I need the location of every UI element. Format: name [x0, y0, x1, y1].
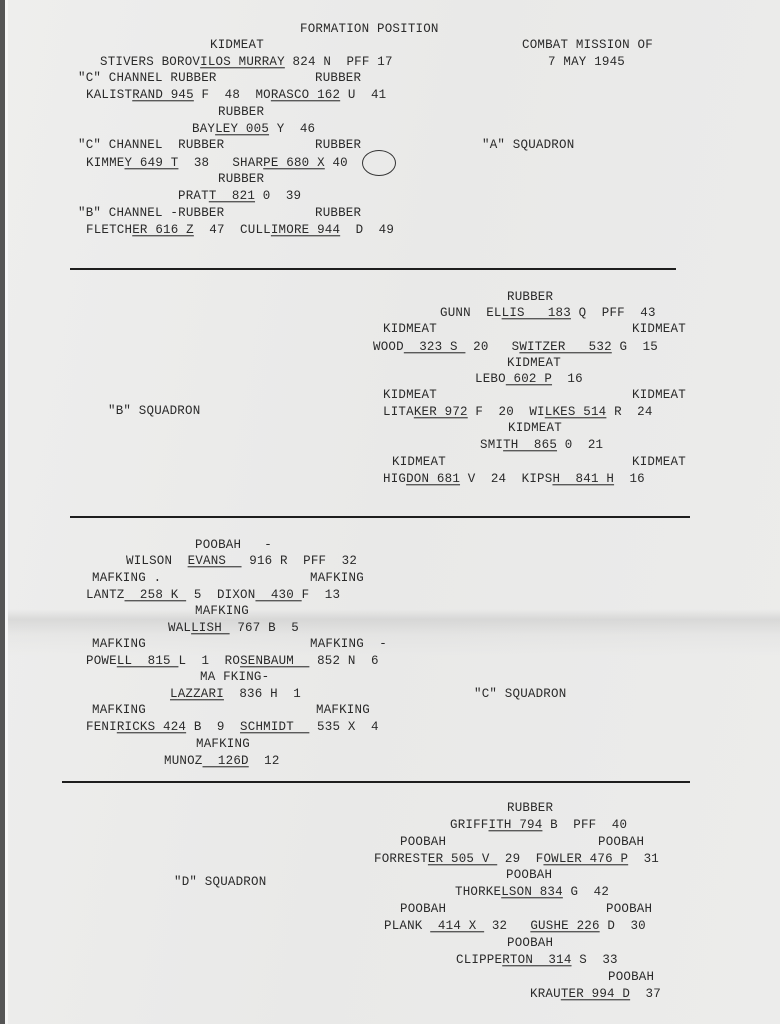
crew-data: 12	[249, 754, 280, 769]
crew-line: PRATT 821 0 39	[178, 189, 301, 204]
crew-data: 20 S	[465, 340, 519, 355]
call-sign: KIDMEAT	[508, 421, 562, 436]
crew-name: OWLER 476 P	[543, 852, 628, 867]
call-sign: KIDMEAT	[507, 356, 561, 371]
crew-name: LEY 005	[215, 122, 269, 137]
crew-line: KRAUTER 994 D 37	[530, 987, 661, 1002]
crew-name: LL 815	[117, 654, 179, 669]
crew-line: FENIRICKS 424 B 9 SCHMIDT 535 X 4	[86, 720, 379, 735]
call-sign: MAFKING	[92, 637, 146, 652]
call-sign: MA FKING-	[200, 670, 269, 685]
call-sign: MAFKING -	[310, 637, 387, 652]
call-sign: KIDMEAT	[632, 455, 686, 470]
call-sign: RUBBER	[218, 172, 264, 187]
crew-name: GUNN EL	[440, 306, 502, 321]
crew-data: 767 B 5	[230, 621, 299, 636]
crew-name: POWE	[86, 654, 117, 669]
crew-line: BAYLEY 005 Y 46	[192, 122, 315, 137]
crew-data: 836 H 1	[224, 687, 301, 702]
crew-line: LEBO 602 P 16	[475, 372, 583, 387]
crew-line: THORKELSON 834 G 42	[455, 885, 609, 900]
call-sign: KIDMEAT	[210, 38, 264, 53]
section-divider	[70, 268, 676, 270]
crew-line: PLANK 414 X 32 GUSHE 226 D 30	[384, 919, 646, 934]
crew-data: 37	[630, 987, 661, 1002]
crew-name: 258 K	[125, 588, 187, 603]
crew-name: WILSON	[126, 554, 188, 569]
crew-name: RICKS 424	[117, 720, 186, 735]
channel-label: "B" CHANNEL -RUBBER	[78, 206, 224, 221]
mission-label: COMBAT MISSION OF	[522, 38, 653, 53]
crew-line: WALLISH 767 B 5	[168, 621, 299, 636]
crew-name: RAND 945	[132, 88, 194, 103]
page-edge-highlight	[5, 0, 8, 1024]
crew-name: THORKE	[455, 885, 501, 900]
call-sign: POOBAH	[506, 868, 552, 883]
crew-line: MUNOZ 126D 12	[164, 754, 280, 769]
crew-line: HIGDON 681 V 24 KIPSH 841 H 16	[383, 472, 645, 487]
crew-data: 535 X 4	[309, 720, 378, 735]
call-sign: MAFKING	[196, 737, 250, 752]
call-sign: POOBAH -	[195, 538, 272, 553]
call-sign: POOBAH	[507, 936, 553, 951]
crew-name: LKES 514	[545, 405, 607, 420]
call-sign: RUBBER	[315, 71, 361, 86]
crew-name: LAZZARI	[170, 687, 224, 702]
crew-data: G 15	[612, 340, 658, 355]
crew-name: FORREST	[374, 852, 428, 867]
crew-name: 602 P	[506, 372, 552, 387]
crew-name: WOOD	[373, 340, 404, 355]
call-sign: KIDMEAT	[632, 388, 686, 403]
crew-data: 852 N 6	[309, 654, 378, 669]
crew-line: KALISTRAND 945 F 48 MORASCO 162 U 41	[86, 88, 386, 103]
crew-name: RASCO 162	[271, 88, 340, 103]
crew-name: RTON 314	[502, 953, 571, 968]
crew-name: TH 865	[503, 438, 557, 453]
squadron-d-label: "D" SQUADRON	[174, 875, 266, 890]
crew-line: FLETCHER 616 Z 47 CULLIMORE 944 D 49	[86, 223, 394, 238]
channel-label: "C" CHANNEL RUBBER	[78, 138, 224, 153]
crew-data: D 30	[600, 919, 646, 934]
section-divider	[70, 516, 690, 518]
crew-data: Y 46	[269, 122, 315, 137]
crew-name: ILOS MURRAY	[200, 55, 285, 70]
document-title: FORMATION POSITION	[300, 22, 439, 37]
crew-data: 29 F	[497, 852, 543, 867]
crew-name: LEBO	[475, 372, 506, 387]
call-sign: MAFKING	[310, 571, 364, 586]
crew-name: ER 616 Z	[132, 223, 194, 238]
crew-name: GRIFF	[450, 818, 489, 833]
crew-data: 16	[552, 372, 583, 387]
crew-data: L 1 RO	[178, 654, 240, 669]
call-sign: MAFKING	[195, 604, 249, 619]
crew-data: 47 CULL	[194, 223, 271, 238]
crew-name: 126D	[203, 754, 249, 769]
crew-name: WITZER 532	[519, 340, 611, 355]
crew-data: 16	[614, 472, 645, 487]
call-sign: POOBAH	[606, 902, 652, 917]
crew-name: KER 972	[414, 405, 468, 420]
call-sign: KIDMEAT	[392, 455, 446, 470]
crew-data: 824 N PFF 17	[285, 55, 393, 70]
crew-line: GUNN ELLIS 183 Q PFF 43	[440, 306, 656, 321]
crew-data: B 9	[186, 720, 240, 735]
crew-name: KRAU	[530, 987, 561, 1002]
crew-name: MUNOZ	[164, 754, 203, 769]
crew-line: CLIPPERTON 314 S 33	[456, 953, 618, 968]
crew-data: G 42	[563, 885, 609, 900]
crew-name: HIG	[383, 472, 406, 487]
document-page: FORMATION POSITION COMBAT MISSION OF 7 M…	[0, 0, 780, 1024]
call-sign: RUBBER	[507, 801, 553, 816]
crew-name: 414 X	[430, 919, 484, 934]
crew-data: B PFF 40	[542, 818, 627, 833]
crew-name: Y 649 T	[125, 156, 179, 171]
call-sign: POOBAH	[598, 835, 644, 850]
crew-name: SENBAUM	[240, 654, 309, 669]
crew-data: Q PFF 43	[571, 306, 656, 321]
mission-date: 7 MAY 1945	[548, 55, 625, 70]
crew-name: KIMME	[86, 156, 125, 171]
call-sign: KIDMEAT	[383, 388, 437, 403]
crew-data: F 20 WI	[468, 405, 545, 420]
crew-name: EVANS	[188, 554, 242, 569]
handwritten-circle-annotation	[362, 150, 396, 176]
call-sign: RUBBER	[315, 206, 361, 221]
squadron-b-label: "B" SQUADRON	[108, 404, 200, 419]
crew-name: BAY	[192, 122, 215, 137]
crew-name: FLETCH	[86, 223, 132, 238]
crew-name: H 841 H	[552, 472, 614, 487]
crew-name: LITA	[383, 405, 414, 420]
call-sign: KIDMEAT	[383, 322, 437, 337]
crew-name: PLANK	[384, 919, 430, 934]
crew-data: R 24	[606, 405, 652, 420]
crew-data: U 41	[340, 88, 386, 103]
crew-name: CLIPPE	[456, 953, 502, 968]
crew-name: STIVERS BOROV	[100, 55, 200, 70]
crew-data: 0 21	[557, 438, 603, 453]
crew-name: LISH	[191, 621, 230, 636]
crew-data: 31	[628, 852, 659, 867]
crew-name: DON 681	[406, 472, 460, 487]
crew-name: ER 505 V	[428, 852, 497, 867]
crew-name: LANTZ	[86, 588, 125, 603]
call-sign: RUBBER	[315, 138, 361, 153]
section-divider	[62, 781, 690, 783]
crew-name: SMI	[480, 438, 503, 453]
crew-data: D 49	[340, 223, 394, 238]
call-sign: RUBBER	[507, 290, 553, 305]
crew-name: GUSHE 226	[530, 919, 599, 934]
crew-line: STIVERS BOROVILOS MURRAY 824 N PFF 17	[100, 55, 393, 70]
call-sign: RUBBER	[218, 105, 264, 120]
crew-name: PRAT	[178, 189, 209, 204]
call-sign: POOBAH	[400, 835, 446, 850]
crew-data: S 33	[572, 953, 618, 968]
crew-name: WAL	[168, 621, 191, 636]
crew-line: KIMMEY 649 T 38 SHARPE 680 X 40	[86, 156, 348, 171]
crew-name: KALIST	[86, 88, 132, 103]
crew-name: SCHMIDT	[240, 720, 309, 735]
crew-line: LANTZ 258 K 5 DIXON 430 F 13	[86, 588, 340, 603]
crew-name: LSON 834	[501, 885, 563, 900]
crew-name: T 821	[209, 189, 255, 204]
circled-value: 40	[332, 156, 347, 171]
crew-data: 0 39	[255, 189, 301, 204]
crew-line: LITAKER 972 F 20 WILKES 514 R 24	[383, 405, 653, 420]
call-sign: MAFKING .	[92, 571, 161, 586]
crew-data: F 48 MO	[194, 88, 271, 103]
call-sign: POOBAH	[608, 970, 654, 985]
squadron-c-label: "C" SQUADRON	[474, 687, 566, 702]
crew-name: PE 680 X	[263, 156, 325, 171]
crew-data: 32	[484, 919, 530, 934]
crew-name: ITH 794	[489, 818, 543, 833]
crew-name: LIS 183	[502, 306, 571, 321]
call-sign: KIDMEAT	[632, 322, 686, 337]
crew-data: 5 DIXON	[186, 588, 255, 603]
crew-line: GRIFFITH 794 B PFF 40	[450, 818, 627, 833]
crew-name: IMORE 944	[271, 223, 340, 238]
crew-data: 916 R PFF 32	[242, 554, 358, 569]
call-sign: MAFKING	[316, 703, 370, 718]
crew-line: WOOD 323 S 20 SWITZER 532 G 15	[373, 340, 658, 355]
call-sign: MAFKING	[92, 703, 146, 718]
crew-name: 323 S	[404, 340, 466, 355]
crew-name: 430	[255, 588, 301, 603]
crew-name: TER 994 D	[561, 987, 630, 1002]
channel-label: "C" CHANNEL RUBBER	[78, 71, 217, 86]
crew-line: FORRESTER 505 V 29 FOWLER 476 P 31	[374, 852, 659, 867]
crew-name: FENI	[86, 720, 117, 735]
crew-data: 38 SHAR	[178, 156, 263, 171]
crew-line: WILSON EVANS 916 R PFF 32	[126, 554, 357, 569]
crew-data: V 24 KIPS	[460, 472, 552, 487]
crew-line: POWELL 815 L 1 ROSENBAUM 852 N 6	[86, 654, 379, 669]
crew-data: F 13	[302, 588, 341, 603]
crew-line: SMITH 865 0 21	[480, 438, 603, 453]
call-sign: POOBAH	[400, 902, 446, 917]
squadron-a-label: "A" SQUADRON	[482, 138, 574, 153]
crew-line: LAZZARI 836 H 1	[170, 687, 301, 702]
